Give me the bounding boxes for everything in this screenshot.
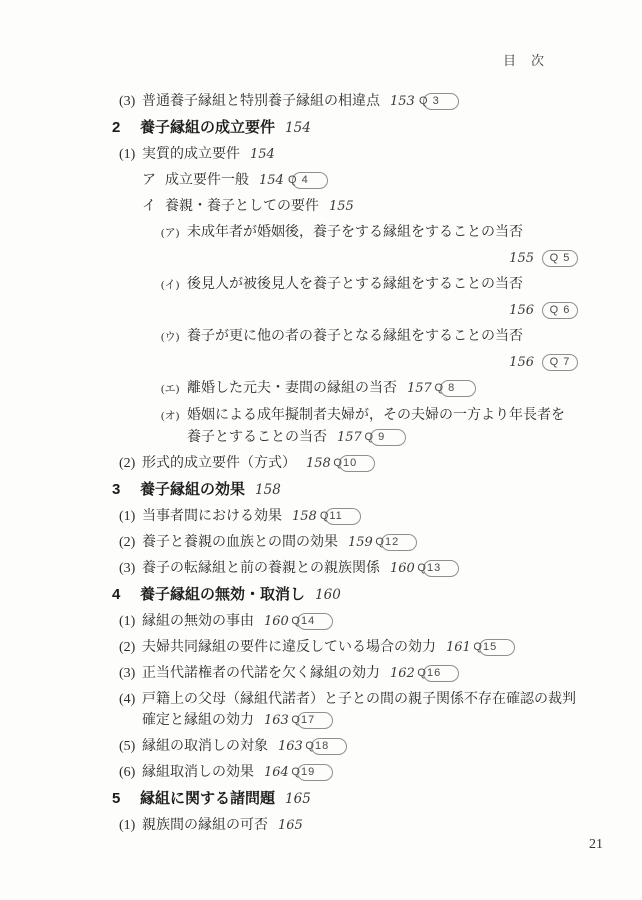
q-number-badge: Q 3 (423, 93, 459, 110)
q-number-badge: Q11 (325, 508, 361, 525)
entry-page-line: 156Q 7 (187, 352, 578, 373)
entry-page-number: 154 (259, 173, 284, 188)
toc-entry: (ウ)養子が更に他の者の養子となる縁組をすることの当否156Q 7 (112, 326, 578, 373)
entry-title: 夫婦共同縁組の要件に違反している場合の効力 (142, 640, 436, 655)
entry-page-line: 155Q 5 (187, 248, 578, 269)
q-number-badge: Q15 (479, 639, 515, 656)
entry-title: 離婚した元夫・妻間の縁組の当否 (187, 381, 397, 396)
entry-title: 親族間の縁組の可否 (142, 818, 268, 833)
entry-page-number: 158 (255, 482, 281, 498)
toc-entry: (5)縁組の取消しの対象163Q18 (112, 736, 578, 757)
toc-entry: (オ)婚姻による成年擬制者夫婦が，その夫婦の一方より年長者を養子とすることの当否… (112, 405, 578, 448)
entry-title: 戸籍上の父母（縁組代諾者）と子との間の親子関係不存在確認の裁判確定と縁組の効力 (142, 692, 576, 728)
toc-page: 目 次 (3)普通養子縁組と特別養子縁組の相違点153Q 32養子縁組の成立要件… (0, 0, 642, 900)
entry-title: 普通養子縁組と特別養子縁組の相違点 (142, 94, 380, 109)
entry-title: 当事者間における効果 (142, 509, 282, 524)
entry-label: 2 (112, 117, 140, 138)
entry-page-number: 153 (390, 94, 415, 109)
entry-label: 3 (112, 479, 140, 500)
entry-title: 実質的成立要件 (142, 147, 240, 162)
toc-entry: (ア)未成年者が婚姻後，養子をする縁組をすることの当否155Q 5 (112, 222, 578, 269)
entry-label: (2) (119, 637, 142, 658)
q-number-badge: Q19 (297, 764, 333, 781)
entry-page-number: 155 (509, 251, 534, 266)
entry-label: (3) (119, 91, 142, 112)
entry-page-number: 155 (329, 199, 354, 214)
entry-label: (ウ) (161, 327, 187, 348)
toc-entry: (6)縁組取消しの効果164Q19 (112, 762, 578, 783)
entry-label: イ (142, 196, 165, 217)
q-number-badge: Q16 (423, 665, 459, 682)
entry-title: 後見人が被後見人を養子とする縁組をすることの当否 (187, 277, 523, 292)
entry-label: (3) (119, 558, 142, 579)
entry-label: ア (142, 170, 165, 191)
q-number-badge: Q17 (297, 712, 333, 729)
q-number-badge: Q 4 (292, 172, 328, 189)
entry-page-number: 163 (278, 739, 303, 754)
entry-label: (イ) (161, 275, 187, 296)
entry-label: (2) (119, 453, 142, 474)
toc-entry: (4)戸籍上の父母（縁組代諾者）と子との間の親子関係不存在確認の裁判確定と縁組の… (112, 689, 578, 731)
entry-title: 養子縁組の成立要件 (140, 119, 275, 136)
entry-label: (1) (119, 815, 142, 836)
q-number-badge: Q 9 (370, 429, 406, 446)
entry-page-number: 162 (390, 666, 415, 681)
entry-label: (5) (119, 736, 142, 757)
q-number-badge: Q10 (339, 455, 375, 472)
entry-page-number: 165 (278, 818, 303, 833)
entry-title: 縁組の無効の事由 (142, 614, 254, 629)
entry-label: (エ) (161, 379, 187, 400)
entry-title: 正当代諾権者の代諾を欠く縁組の効力 (142, 666, 380, 681)
entry-label: (1) (119, 611, 142, 632)
toc-entry: ア成立要件一般154Q 4 (112, 170, 578, 191)
entry-label: (ア) (161, 223, 187, 244)
toc-entry: (2)形式的成立要件（方式）158Q10 (112, 453, 578, 474)
entry-label: (4) (119, 689, 142, 710)
toc-entry: (エ)離婚した元夫・妻間の縁組の当否157Q 8 (112, 378, 578, 400)
entry-label: (オ) (161, 406, 187, 427)
entry-page-number: 164 (264, 765, 289, 780)
entry-title: 養親・養子としての要件 (165, 199, 319, 214)
entry-page-number: 160 (390, 561, 415, 576)
entry-title: 縁組の取消しの対象 (142, 739, 268, 754)
entry-page-number: 163 (264, 713, 289, 728)
toc-entry: 3養子縁組の効果158 (112, 479, 578, 501)
entry-label: (1) (119, 506, 142, 527)
q-number-badge: Q 8 (440, 380, 476, 397)
entry-title: 養子が更に他の者の養子となる縁組をすることの当否 (187, 329, 523, 344)
q-number-badge: Q 7 (542, 354, 578, 371)
entry-label: (3) (119, 663, 142, 684)
entry-title: 縁組に関する諸問題 (140, 790, 275, 807)
q-number-badge: Q18 (311, 738, 347, 755)
entry-page-number: 157 (337, 430, 362, 445)
entry-page-number: 157 (407, 381, 432, 396)
entry-title: 養子縁組の効果 (140, 481, 245, 498)
entry-page-line: 156Q 6 (187, 300, 578, 321)
entry-page-number: 156 (509, 355, 534, 370)
toc-entry: (1)当事者間における効果158Q11 (112, 506, 578, 527)
toc-entry: 5縁組に関する諸問題165 (112, 788, 578, 810)
entry-title: 養子と養親の血族との間の効果 (142, 535, 338, 550)
toc-entry: (1)縁組の無効の事由160Q14 (112, 611, 578, 632)
toc-entry: (2)夫婦共同縁組の要件に違反している場合の効力161Q15 (112, 637, 578, 658)
toc-entry: (3)正当代諾権者の代諾を欠く縁組の効力162Q16 (112, 663, 578, 684)
entry-label: (6) (119, 762, 142, 783)
entry-label: (2) (119, 532, 142, 553)
entry-page-number: 165 (285, 791, 311, 807)
entry-title: 成立要件一般 (165, 173, 249, 188)
entry-page-number: 156 (509, 303, 534, 318)
toc-entry: (イ)後見人が被後見人を養子とする縁組をすることの当否156Q 6 (112, 274, 578, 321)
toc-entry: (1)実質的成立要件154 (112, 144, 578, 165)
toc-entry: イ養親・養子としての要件155 (112, 196, 578, 217)
entry-label: 4 (112, 584, 140, 605)
entry-label: 5 (112, 788, 140, 809)
q-number-badge: Q12 (381, 534, 417, 551)
toc-entry: (2)養子と養親の血族との間の効果159Q12 (112, 532, 578, 553)
toc-list: (3)普通養子縁組と特別養子縁組の相違点153Q 32養子縁組の成立要件154(… (112, 91, 578, 841)
entry-page-number: 159 (348, 535, 373, 550)
q-number-badge: Q 5 (542, 250, 578, 267)
entry-page-number: 154 (285, 120, 311, 136)
entry-title: 養子の転縁組と前の養親との親族関係 (142, 561, 380, 576)
entry-page-number: 158 (306, 456, 331, 471)
entry-title: 養子縁組の無効・取消し (140, 586, 305, 603)
toc-entry: 4養子縁組の無効・取消し160 (112, 584, 578, 606)
entry-page-number: 161 (446, 640, 471, 655)
entry-page-number: 160 (264, 614, 289, 629)
q-number-badge: Q14 (297, 613, 333, 630)
entry-page-number: 154 (250, 147, 275, 162)
toc-entry: (1)親族間の縁組の可否165 (112, 815, 578, 836)
entry-label: (1) (119, 144, 142, 165)
toc-entry: (3)普通養子縁組と特別養子縁組の相違点153Q 3 (112, 91, 578, 112)
page-number: 21 (589, 837, 603, 853)
entry-title: 未成年者が婚姻後，養子をする縁組をすることの当否 (187, 225, 523, 240)
q-number-badge: Q13 (423, 560, 459, 577)
q-number-badge: Q 6 (542, 302, 578, 319)
running-head: 目 次 (503, 50, 545, 69)
entry-page-number: 160 (315, 587, 341, 603)
entry-page-number: 158 (292, 509, 317, 524)
entry-title: 縁組取消しの効果 (142, 765, 254, 780)
toc-entry: 2養子縁組の成立要件154 (112, 117, 578, 139)
toc-entry: (3)養子の転縁組と前の養親との親族関係160Q13 (112, 558, 578, 579)
entry-title: 形式的成立要件（方式） (142, 456, 296, 471)
